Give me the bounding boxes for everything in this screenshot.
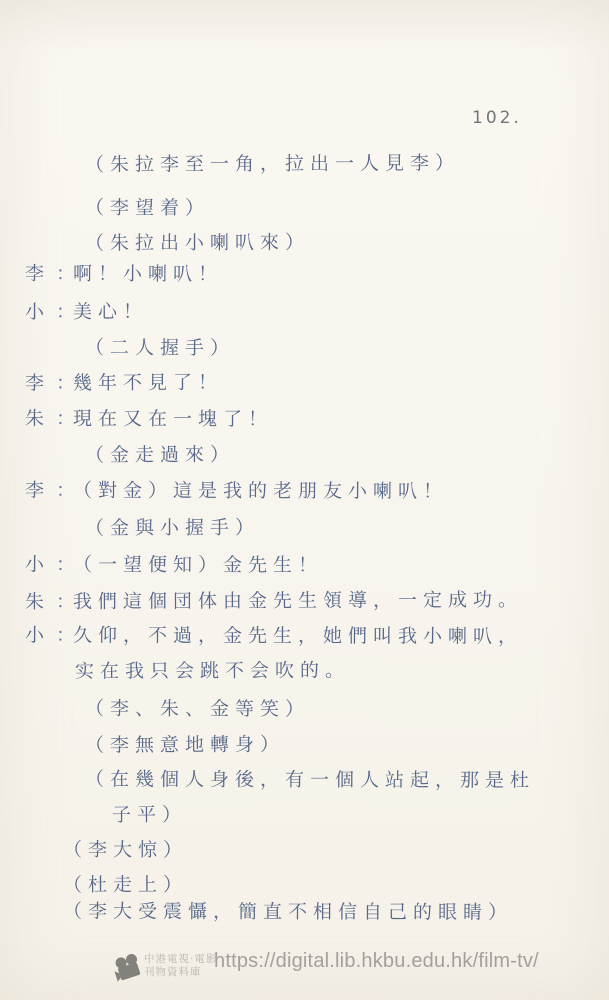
dialogue-line: 李：啊！小喇叭！	[25, 262, 223, 287]
line-text: （李大受震懾，簡直不相信自己的眼睛）	[63, 900, 513, 923]
dialogue-line: 李：幾年不見了！	[25, 371, 223, 396]
stage-direction: （二人握手）	[85, 336, 235, 360]
dialogue-line: 小：（一望便知）金先生！	[25, 553, 323, 578]
speaker-colon: ：	[56, 262, 73, 286]
dialogue-line: 小：美心！	[25, 300, 148, 325]
line-text: 久仰，不過，金先生，她們叫我小喇叭，	[73, 624, 523, 647]
logo-text-line2: 刊物資料庫	[144, 966, 217, 979]
speaker-label: 李	[25, 262, 56, 286]
speaker-colon: ：	[56, 590, 73, 614]
line-text: 啊！小喇叭！	[73, 263, 223, 285]
line-text: 子平）	[112, 804, 187, 826]
line-text: （二人握手）	[85, 337, 235, 359]
stage-direction: （朱拉李至一角，拉出一人見李）	[85, 151, 460, 177]
dialogue-line: 李：（對金）這是我的老朋友小喇叭！	[25, 478, 448, 503]
stage-direction: （李望着）	[85, 196, 210, 220]
speaker-colon: ：	[56, 479, 73, 503]
line-text: （李、朱、金等笑）	[85, 698, 310, 721]
speaker-colon: ：	[56, 407, 73, 431]
line-text: （金與小握手）	[85, 517, 260, 540]
stage-direction: （杜走上）	[63, 873, 188, 898]
speaker-label: 小	[25, 300, 56, 324]
stage-direction: （在幾個人身後，有一個人站起，那是杜	[85, 767, 535, 792]
dialogue-line: 朱：現在又在一塊了！	[25, 407, 273, 432]
speaker-colon: ：	[56, 371, 73, 395]
line-text: 現在又在一塊了！	[73, 408, 273, 431]
logo-text-line1: 中港電視·電影	[144, 953, 217, 966]
stage-direction-continuation: 子平）	[112, 803, 187, 827]
speaker-label: 朱	[25, 590, 56, 614]
line-text: （李望着）	[85, 197, 210, 219]
dialogue-continuation: 实在我只会跳不会吹的。	[75, 658, 350, 683]
line-text: （朱拉李至一角，拉出一人見李）	[85, 152, 460, 176]
page-number: 102.	[472, 108, 522, 128]
library-logo-text: 中港電視·電影 刊物資料庫	[144, 953, 217, 979]
speaker-label: 李	[25, 478, 56, 502]
line-text: （李大惊）	[63, 839, 188, 861]
stage-direction: （李、朱、金等笑）	[85, 697, 310, 722]
speaker-colon: ：	[56, 300, 73, 324]
line-text: （朱拉出小喇叭來）	[85, 232, 310, 255]
stage-direction: （李無意地轉身）	[85, 733, 285, 758]
line-text: （在幾個人身後，有一個人站起，那是杜	[85, 768, 535, 791]
stage-direction: （李大受震懾，簡直不相信自己的眼睛）	[63, 899, 513, 924]
film-camera-icon	[114, 949, 142, 991]
line-text: （對金）這是我的老朋友小喇叭！	[73, 480, 448, 503]
speaker-colon: ：	[56, 553, 73, 577]
footer-url: https://digital.lib.hkbu.edu.hk/film-tv/	[214, 950, 539, 973]
dialogue-line: 朱：我們這個団体由金先生領導，一定成功。	[25, 588, 523, 614]
line-text: 幾年不見了！	[73, 372, 223, 395]
stage-direction: （金與小握手）	[85, 516, 260, 541]
line-text: 实在我只会跳不会吹的。	[75, 659, 350, 682]
scanned-script-page: 102. （朱拉李至一角，拉出一人見李） （李望着） （朱拉出小喇叭來） 李：啊…	[0, 0, 609, 1000]
line-text: （金走過來）	[85, 444, 235, 467]
stage-direction: （李大惊）	[63, 838, 188, 862]
stage-direction: （金走過來）	[85, 443, 235, 468]
speaker-label: 朱	[25, 407, 56, 431]
line-text: （一望便知）金先生！	[73, 554, 323, 577]
speaker-label: 李	[25, 371, 56, 395]
speaker-colon: ：	[56, 623, 73, 647]
line-text: （杜走上）	[63, 874, 188, 897]
speaker-label: 小	[25, 553, 56, 577]
speaker-label: 小	[25, 623, 56, 647]
line-text: 美心！	[73, 301, 148, 323]
line-text: 我們這個団体由金先生領導，一定成功。	[73, 589, 523, 613]
dialogue-line: 小：久仰，不過，金先生，她們叫我小喇叭，	[25, 623, 523, 648]
line-text: （李無意地轉身）	[85, 734, 285, 757]
stage-direction: （朱拉出小喇叭來）	[85, 231, 310, 256]
